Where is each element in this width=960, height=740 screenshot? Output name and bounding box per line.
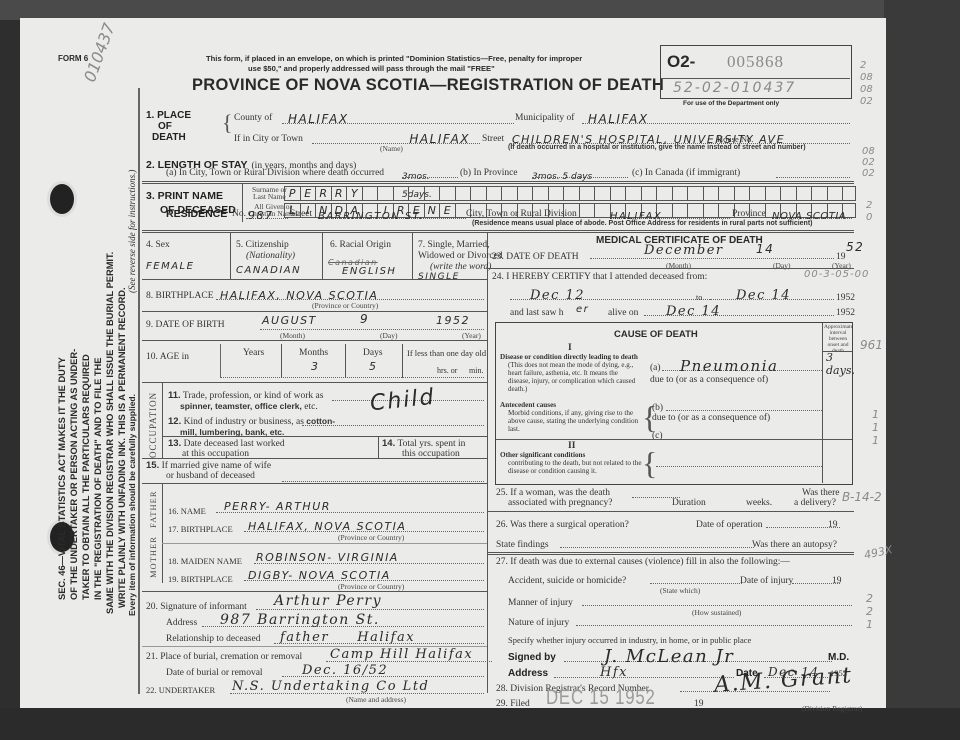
department-number: 005868 xyxy=(727,52,784,72)
margin-handwritten-number: 010437 xyxy=(80,21,119,85)
death-year-value[interactable]: 52 xyxy=(846,240,864,254)
physician-signature-field[interactable]: J. McLean Jr xyxy=(564,646,832,662)
cause-a-field[interactable]: Pneumonia xyxy=(662,357,822,371)
spouse-field[interactable] xyxy=(282,470,484,482)
cause-a-interval[interactable]: 3 days. xyxy=(826,351,855,377)
burial-place-field[interactable]: Camp Hill Halifax xyxy=(326,645,492,662)
date-of-birth-field[interactable]: AUGUST 9 1952 xyxy=(260,314,484,330)
age-months-value: 3 xyxy=(311,360,320,373)
informant-address-field[interactable]: 987 Barrington St. xyxy=(202,611,484,627)
left-strip-line-5: SAME WITH THE DIVISION REGISTRAR WHO SHA… xyxy=(104,252,116,614)
marital-status-value[interactable]: SINGLE xyxy=(418,272,460,282)
left-strip-line-3: TAKER TO OBTAIN ALL THE PARTICULARS REQU… xyxy=(80,354,92,600)
relationship-field[interactable]: father Halifax xyxy=(274,628,484,644)
death-registration-form: FORM 6 010437 SEC. 46—VITAL STATISTICS A… xyxy=(20,18,886,708)
age-days-value: 5 xyxy=(369,360,378,373)
cause-of-death-box: Approximate interval between onset and d… xyxy=(495,322,853,485)
racial-origin-value[interactable]: ENGLISH xyxy=(342,266,396,277)
mother-birthplace-field[interactable]: DIGBY- NOVA SCOTIA xyxy=(244,566,484,581)
municipality-field[interactable]: HALIFAX xyxy=(582,110,850,124)
left-strip-footer-note: (See reverse side for instructions.) xyxy=(126,170,138,293)
death-street-field[interactable]: CHILDREN'S HOSPITAL, UNIVERSITY AVE xyxy=(510,130,850,144)
father-birthplace-field[interactable]: HALIFAX, NOVA SCOTIA xyxy=(244,517,484,532)
mother-maiden-name-field[interactable]: ROBINSON- VIRGINIA xyxy=(254,548,484,564)
burial-date-field[interactable]: Dec. 16/52 xyxy=(282,661,484,677)
postal-notice-line-2: use $50," and properly addressed will pa… xyxy=(248,64,495,73)
sex-value[interactable]: FEMALE xyxy=(146,261,194,272)
form-number: FORM 6 xyxy=(58,54,88,63)
stay-canada-field[interactable] xyxy=(776,166,850,178)
residence-number-field[interactable]: 987 xyxy=(246,206,288,219)
residence-street-field[interactable]: BARRINGTON ST. xyxy=(318,206,466,219)
surname-boxes[interactable]: PERRY xyxy=(284,186,856,201)
left-strip-line-2: OF THE UNDERTAKER OR PERSON ACTING AS UN… xyxy=(68,349,80,600)
margin-codes-top: 2080802 xyxy=(860,60,873,108)
punch-hole-top xyxy=(50,184,74,214)
postal-notice-line-1: This form, if placed in an envelope, on … xyxy=(206,54,582,63)
registrar-signature: A.M. Grant xyxy=(713,663,853,698)
other-conditions-field[interactable] xyxy=(656,459,822,467)
occupation-value[interactable]: Child xyxy=(369,385,437,417)
undertaker-field[interactable]: N.S. Undertaking Co Ltd xyxy=(230,677,484,694)
cause-b-field[interactable] xyxy=(666,401,822,411)
father-name-field[interactable]: PERRY- ARTHUR xyxy=(216,497,484,513)
department-prefix: O2- xyxy=(667,52,695,72)
department-handwritten-number: 52-02-010437 xyxy=(673,80,796,96)
last-seen-alive-field[interactable]: Dec 14 xyxy=(644,302,834,316)
stay-province-field[interactable]: 3mos. 5 days xyxy=(532,166,628,178)
residence-province-field[interactable]: NOVA SCOTIA xyxy=(772,206,852,219)
physician-address-field[interactable]: Hfx xyxy=(554,663,734,678)
stay-city-field[interactable]: 3mos. 5days. xyxy=(402,166,458,178)
age-grid: Years Months 3 Days 5 If less than one d… xyxy=(220,344,484,378)
department-caption: For use of the Department only xyxy=(683,100,779,107)
department-box: O2- 005868 52-02-010437 xyxy=(660,45,852,99)
attended-from-field[interactable]: Dec 12 xyxy=(510,286,710,300)
left-strip-line-1: SEC. 46—VITAL STATISTICS ACT MAKES IT TH… xyxy=(56,357,68,600)
background-top xyxy=(0,0,960,20)
county-field[interactable]: HALIFAX xyxy=(282,110,514,124)
citizenship-value[interactable]: CANADIAN xyxy=(236,265,301,276)
attended-to-field[interactable]: Dec 14 xyxy=(710,286,834,300)
filed-date-stamp: DEC 15 1952 xyxy=(546,686,656,710)
informant-signature-field[interactable]: Arthur Perry xyxy=(256,592,484,610)
date-of-death-field[interactable]: December 14 xyxy=(590,245,834,259)
background-right xyxy=(884,0,960,740)
left-strip-divider xyxy=(138,88,140,694)
form-title: PROVINCE OF NOVA SCOTIA—REGISTRATION OF … xyxy=(192,76,664,95)
left-strip-line-4: IN THE "REGISTRATION OF DEATH" AND TO FI… xyxy=(92,358,104,600)
left-strip-footer: Every item of information should be care… xyxy=(126,394,138,616)
place-of-death-label: 1. PLACEOFDEATH xyxy=(146,110,191,143)
city-field[interactable]: HALIFAX xyxy=(312,130,480,144)
birthplace-field[interactable]: HALIFAX, NOVA SCOTIA xyxy=(216,286,484,300)
residence-city-field[interactable]: HALIFAX xyxy=(610,206,730,219)
